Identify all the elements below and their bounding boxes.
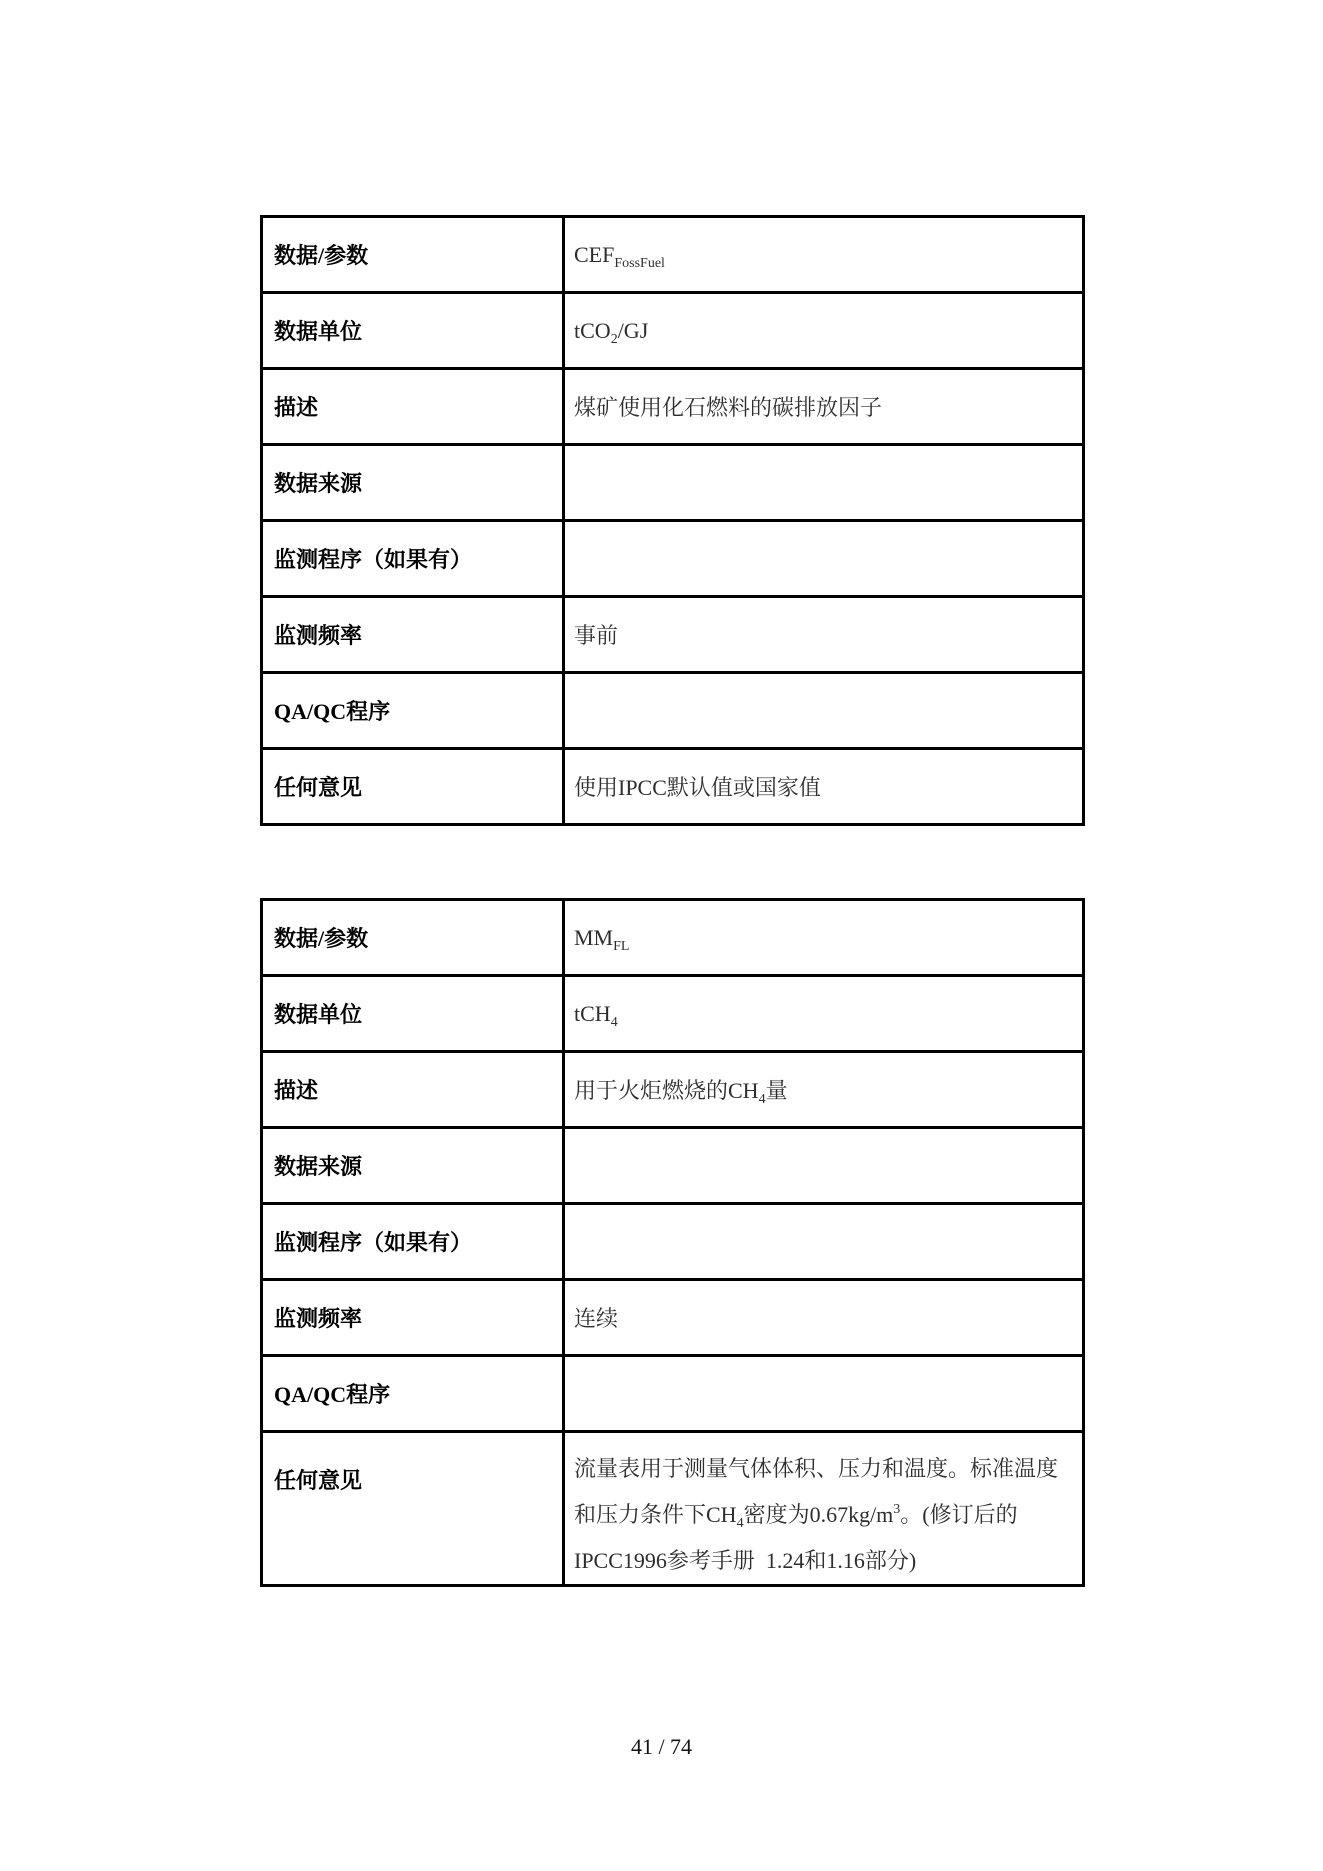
row-label: 数据/参数: [262, 217, 564, 293]
row-value: 流量表用于测量气体体积、压力和温度。标准温度和压力条件下CH4密度为0.67kg…: [564, 1432, 1084, 1586]
row-value: [564, 1356, 1084, 1432]
row-label: 数据单位: [262, 976, 564, 1052]
table-row: 监测频率 连续: [262, 1280, 1084, 1356]
table-row: 监测程序（如果有）: [262, 521, 1084, 597]
row-value: MMFL: [564, 900, 1084, 976]
table-row: QA/QC程序: [262, 1356, 1084, 1432]
table-row: 数据来源: [262, 445, 1084, 521]
row-value: [564, 673, 1084, 749]
table-row: 任何意见 使用IPCC默认值或国家值: [262, 749, 1084, 825]
row-value: tCO2/GJ: [564, 293, 1084, 369]
row-label: 监测程序（如果有）: [262, 521, 564, 597]
parameter-table-2: 数据/参数 MMFL 数据单位 tCH4 描述 用于火炬燃烧的CH4量 数据来源…: [260, 898, 1085, 1587]
page-number: 41 / 74: [0, 1734, 1323, 1760]
table-row: 数据单位 tCO2/GJ: [262, 293, 1084, 369]
table-row: 数据/参数 CEFFossFuel: [262, 217, 1084, 293]
row-label: 任何意见: [262, 749, 564, 825]
row-value: tCH4: [564, 976, 1084, 1052]
row-label: 数据/参数: [262, 900, 564, 976]
document-page: 数据/参数 CEFFossFuel 数据单位 tCO2/GJ 描述 煤矿使用化石…: [0, 0, 1323, 1871]
table-row: 任何意见 流量表用于测量气体体积、压力和温度。标准温度和压力条件下CH4密度为0…: [262, 1432, 1084, 1586]
row-label: 数据来源: [262, 445, 564, 521]
row-value: 连续: [564, 1280, 1084, 1356]
row-label: 任何意见: [262, 1432, 564, 1586]
parameter-table-1: 数据/参数 CEFFossFuel 数据单位 tCO2/GJ 描述 煤矿使用化石…: [260, 215, 1085, 826]
table-row: 监测频率 事前: [262, 597, 1084, 673]
row-label: QA/QC程序: [262, 673, 564, 749]
table-row: 数据来源: [262, 1128, 1084, 1204]
row-label: 描述: [262, 1052, 564, 1128]
row-label: 监测频率: [262, 1280, 564, 1356]
row-value: 使用IPCC默认值或国家值: [564, 749, 1084, 825]
table-row: 监测程序（如果有）: [262, 1204, 1084, 1280]
row-value: [564, 445, 1084, 521]
row-label: QA/QC程序: [262, 1356, 564, 1432]
row-label: 监测频率: [262, 597, 564, 673]
table-row: 数据/参数 MMFL: [262, 900, 1084, 976]
row-value: 用于火炬燃烧的CH4量: [564, 1052, 1084, 1128]
row-value: 事前: [564, 597, 1084, 673]
row-label: 数据单位: [262, 293, 564, 369]
row-value: 煤矿使用化石燃料的碳排放因子: [564, 369, 1084, 445]
row-value: CEFFossFuel: [564, 217, 1084, 293]
table-row: QA/QC程序: [262, 673, 1084, 749]
table-row: 描述 煤矿使用化石燃料的碳排放因子: [262, 369, 1084, 445]
row-value: [564, 1204, 1084, 1280]
row-value: [564, 521, 1084, 597]
row-label: 数据来源: [262, 1128, 564, 1204]
row-label: 描述: [262, 369, 564, 445]
row-label: 监测程序（如果有）: [262, 1204, 564, 1280]
table-row: 数据单位 tCH4: [262, 976, 1084, 1052]
row-value: [564, 1128, 1084, 1204]
table-row: 描述 用于火炬燃烧的CH4量: [262, 1052, 1084, 1128]
